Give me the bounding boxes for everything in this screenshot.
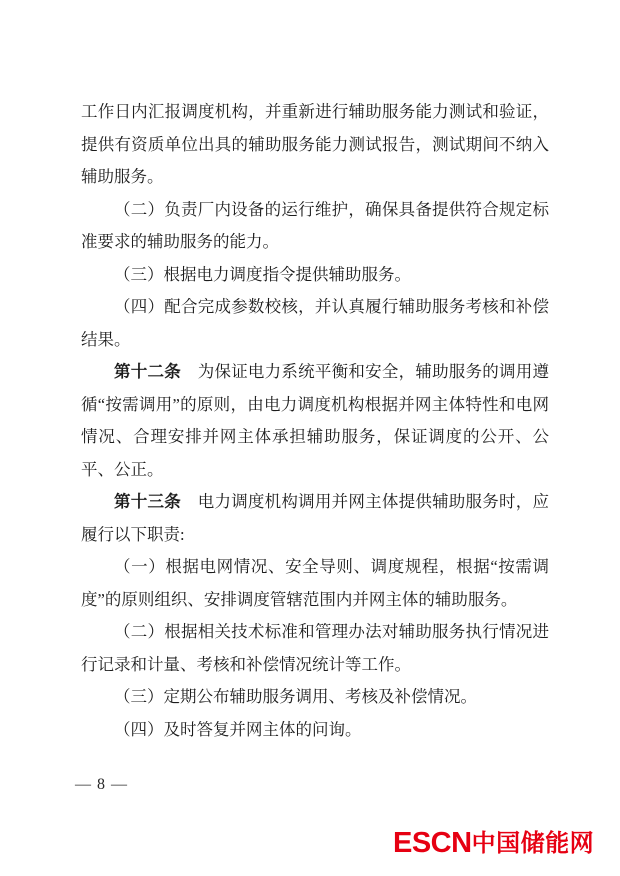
article-number: 第十三条 — [114, 492, 181, 511]
paragraph-text: （四）及时答复并网主体的问询。 — [114, 720, 362, 739]
paragraph-text: （三）定期公布辅助服务调用、考核及补偿情况。 — [114, 687, 477, 706]
paragraph: 第十三条 电力调度机构调用并网主体提供辅助服务时，应履行以下职责: — [81, 486, 549, 551]
paragraph: （三）定期公布辅助服务调用、考核及补偿情况。 — [81, 681, 549, 714]
escn-logo: ESCN中国储能网 — [393, 829, 594, 862]
paragraph-text: 工作日内汇报调度机构，并重新进行辅助服务能力测试和验证，提供有资质单位出具的辅助… — [81, 102, 549, 186]
escn-logo-cjk: 中国储能网 — [472, 830, 595, 857]
paragraph: （四）及时答复并网主体的问询。 — [81, 714, 549, 747]
paragraph-text: （四）配合完成参数校核，并认真履行辅助服务考核和补偿结果。 — [81, 297, 549, 349]
paragraph-text: （二）负责厂内设备的运行维护，确保具备提供符合规定标准要求的辅助服务的能力。 — [81, 200, 549, 252]
paragraph-text: （二）根据相关技术标准和管理办法对辅助服务执行情况进行记录和计量、考核和补偿情况… — [81, 622, 549, 674]
paragraph: 工作日内汇报调度机构，并重新进行辅助服务能力测试和验证，提供有资质单位出具的辅助… — [81, 96, 549, 194]
paragraph-text: （一）根据电网情况、安全导则、调度规程，根据“按需调度”的原则组织、安排调度管辖… — [81, 557, 549, 609]
document-body: 工作日内汇报调度机构，并重新进行辅助服务能力测试和验证，提供有资质单位出具的辅助… — [81, 96, 549, 746]
article-number: 第十二条 — [114, 362, 181, 381]
paragraph: 第十二条 为保证电力系统平衡和安全，辅助服务的调用遵循“按需调用”的原则，由电力… — [81, 356, 549, 486]
paragraph: （一）根据电网情况、安全导则、调度规程，根据“按需调度”的原则组织、安排调度管辖… — [81, 551, 549, 616]
paragraph: （四）配合完成参数校核，并认真履行辅助服务考核和补偿结果。 — [81, 291, 549, 356]
paragraph-text: （三）根据电力调度指令提供辅助服务。 — [114, 265, 411, 284]
paragraph: （二）负责厂内设备的运行维护，确保具备提供符合规定标准要求的辅助服务的能力。 — [81, 194, 549, 259]
paragraph: （二）根据相关技术标准和管理办法对辅助服务执行情况进行记录和计量、考核和补偿情况… — [81, 616, 549, 681]
paragraph: （三）根据电力调度指令提供辅助服务。 — [81, 259, 549, 292]
page-number: — 8 — — [75, 776, 128, 794]
escn-logo-latin: ESCN — [393, 827, 472, 859]
document-page: 工作日内汇报调度机构，并重新进行辅助服务能力测试和验证，提供有资质单位出具的辅助… — [0, 0, 620, 876]
